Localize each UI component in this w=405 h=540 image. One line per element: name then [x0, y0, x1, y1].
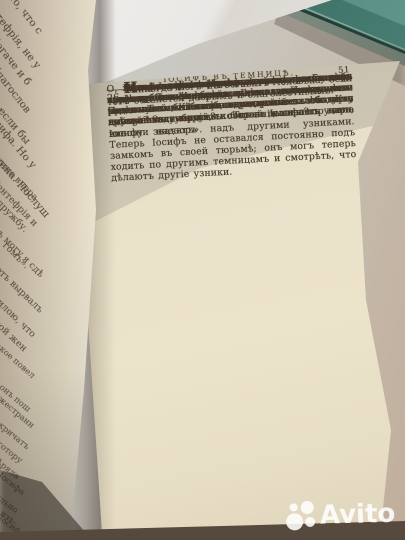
paragraphs: О, злая женщина! Но, друзья мои, невинно… [106, 71, 352, 84]
book-photo: ІОСИФЪ ВЪ ТЕМНИЦѢ. 51 О, злая женщина! Н… [0, 0, 405, 540]
avito-logo-icon [286, 501, 319, 532]
avito-watermark-label: Avito [320, 497, 396, 533]
page-text-block: ІОСИФЪ ВЪ ТЕМНИЦѢ. 51 О, злая женщина! Н… [106, 65, 352, 78]
avito-watermark: Avito [286, 496, 405, 537]
